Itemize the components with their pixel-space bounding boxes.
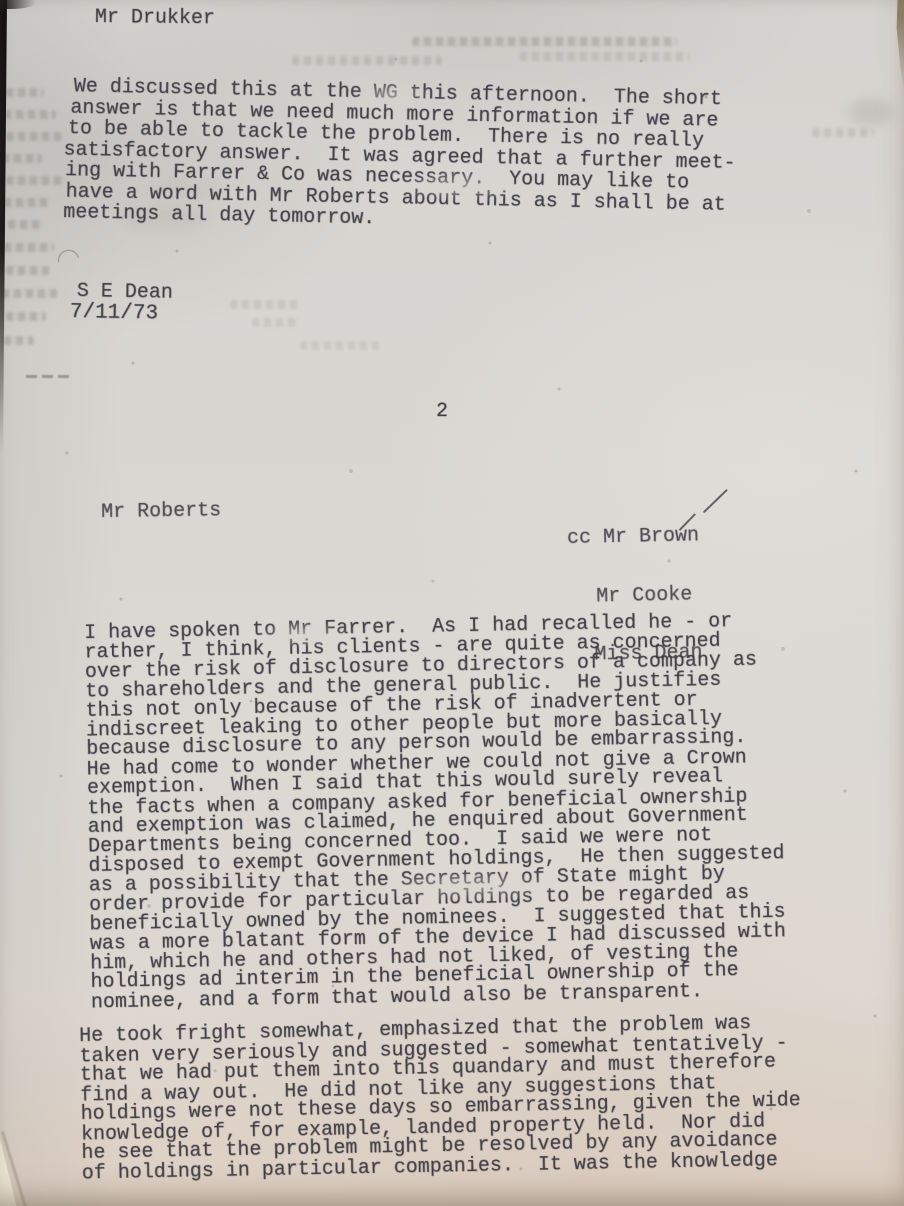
scan-edge-top-right (895, 0, 904, 94)
memo1-signature: S E Dean (77, 282, 173, 303)
handwritten-tick-mark (703, 489, 728, 514)
scan-edge-left (0, 0, 7, 452)
bleedthrough-smudge (6, 132, 64, 141)
memo1-date: 7/11/73 (70, 303, 159, 324)
scanned-memo-page: Mr Drukker We discussed this at the WG t… (0, 0, 904, 1206)
bleedthrough-smudge (2, 289, 58, 298)
memo2-recipient: Mr Roberts (101, 501, 221, 522)
memo1-recipient: Mr Drukker (95, 8, 215, 29)
bleedthrough-smudge (8, 220, 42, 229)
memo1-body: We discussed this at the WG this afterno… (61, 76, 737, 236)
bleedthrough-smudge (6, 266, 50, 275)
cc-label: cc (567, 526, 603, 550)
bleedthrough-smudge (6, 88, 44, 97)
bleedthrough-smudge (2, 154, 42, 163)
memo2-paragraph1: I have spoken to Mr Farrer. As I had rec… (84, 611, 787, 1012)
bleedthrough-blob (848, 98, 894, 126)
cc-row: Mr Cooke (568, 585, 701, 607)
bleedthrough-smudge (4, 110, 56, 119)
bleedthrough-smudge (4, 243, 54, 252)
bleedthrough-smudge (300, 341, 380, 350)
pencil-check-mark (56, 248, 79, 262)
cc-name: Mr Brown (603, 524, 699, 549)
bleedthrough-smudge (292, 56, 442, 65)
memo2-paragraph2: He took fright somewhat, emphasized that… (79, 1013, 802, 1183)
bleedthrough-smudge (4, 336, 34, 345)
pencil-dash-mark (26, 375, 74, 378)
bleedthrough-smudge (230, 300, 300, 309)
bleedthrough-smudge (4, 198, 50, 207)
bleedthrough-smudge (412, 37, 677, 46)
bleedthrough-smudge (6, 312, 46, 321)
bleedthrough-smudge (520, 52, 690, 61)
bleedthrough-smudge (252, 318, 300, 327)
page-number: 2 (436, 402, 448, 421)
cc-name: Mr Cooke (596, 585, 692, 607)
bleedthrough-smudge (812, 128, 874, 137)
scan-corner-top-left (0, 0, 36, 9)
bleedthrough-smudge (6, 176, 66, 185)
